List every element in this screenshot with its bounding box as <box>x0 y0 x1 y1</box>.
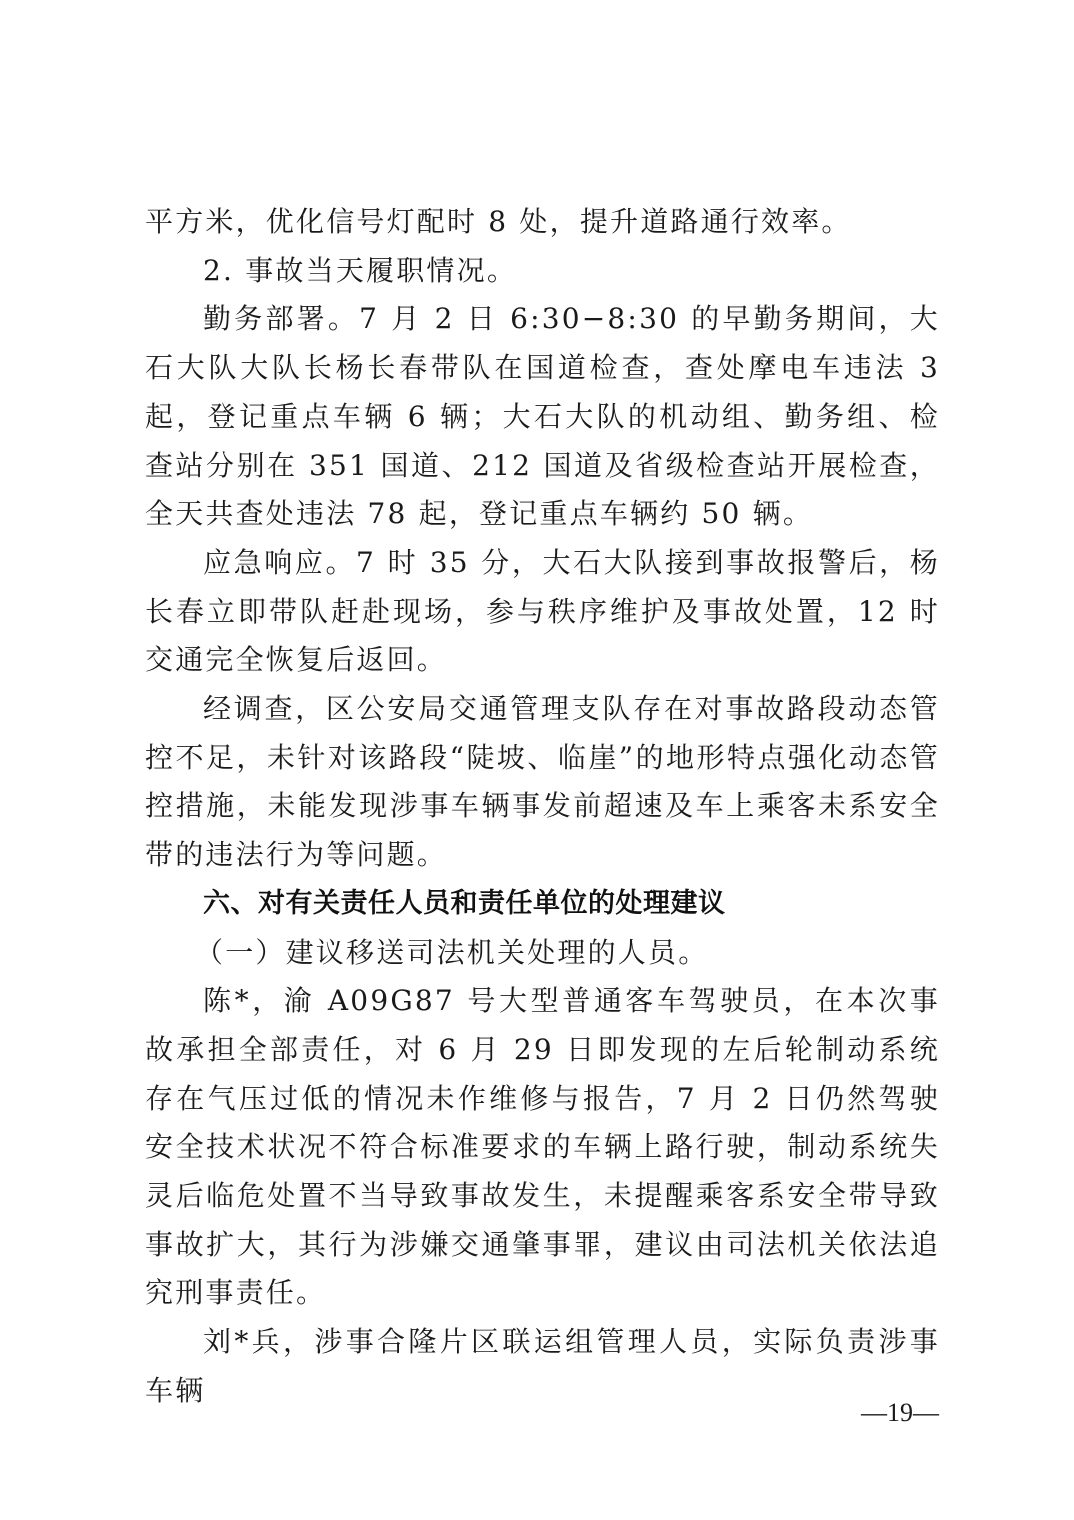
item-heading: 2. 事故当天履职情况。 <box>145 247 940 296</box>
document-page: 平方米，优化信号灯配时 8 处，提升道路通行效率。 2. 事故当天履职情况。 勤… <box>145 198 940 1416</box>
paragraph-manager-liability: 刘*兵，涉事合隆片区联运组管理人员，实际负责涉事车辆 <box>145 1318 940 1415</box>
section-heading: 六、对有关责任人员和责任单位的处理建议 <box>145 880 940 929</box>
paragraph-duty-deployment: 勤务部署。7 月 2 日 6:30−8:30 的早勤务期间，大石大队大队长杨长春… <box>145 295 940 539</box>
paragraph-driver-liability: 陈*，渝 A09G87 号大型普通客车驾驶员，在本次事故承担全部责任，对 6 月… <box>145 977 940 1318</box>
page-number: —19— <box>860 1398 940 1428</box>
paragraph-continuation: 平方米，优化信号灯配时 8 处，提升道路通行效率。 <box>145 198 940 247</box>
subsection-heading: （一）建议移送司法机关处理的人员。 <box>145 929 940 978</box>
paragraph-investigation-finding: 经调查，区公安局交通管理支队存在对事故路段动态管控不足，未针对该路段“陡坡、临崖… <box>145 685 940 880</box>
paragraph-emergency-response: 应急响应。7 时 35 分，大石大队接到事故报警后，杨长春立即带队赶赴现场，参与… <box>145 539 940 685</box>
